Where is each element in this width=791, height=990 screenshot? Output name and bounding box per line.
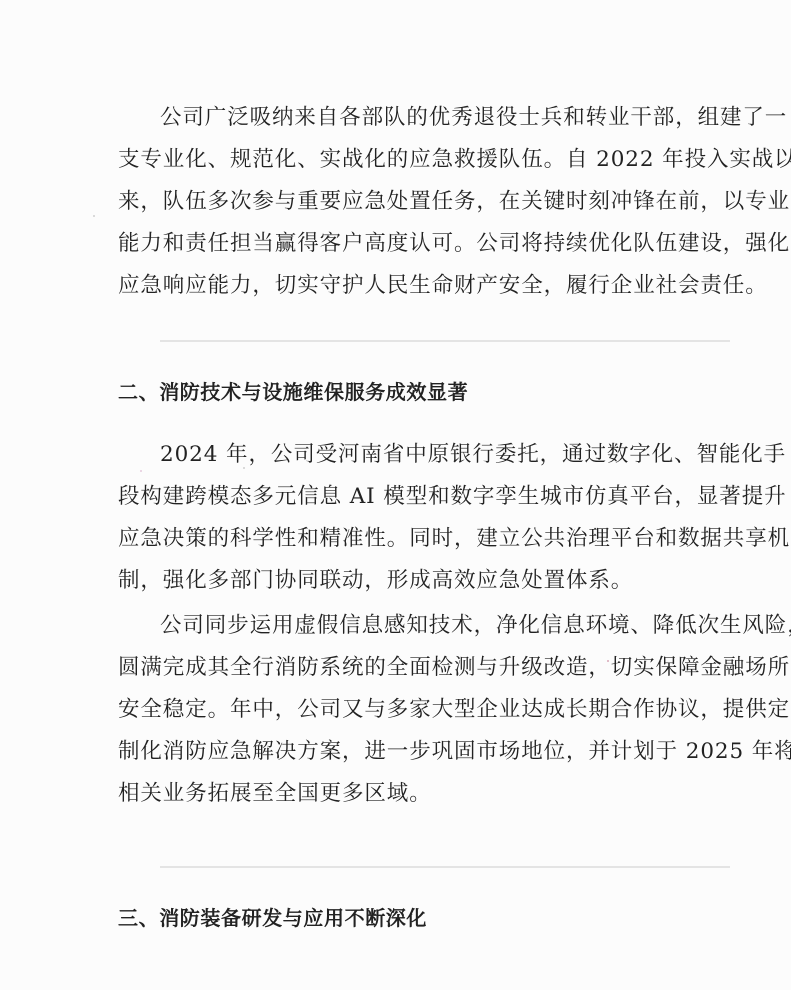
text-line: 段构建跨模态多元信息 AI 模型和数字孪生城市仿真平台，显著提升 [118,482,698,512]
text-line: 相关业务拓展至全国更多区域。 [118,779,698,809]
text-line: 来，队伍多次参与重要应急处置任务，在关键时刻冲锋在前，以专业 [118,187,698,217]
scan-speck [140,470,142,472]
text-line: 公司同步运用虚假信息感知技术，净化信息环境、降低次生风险， [160,611,740,641]
section-heading-2: 二、消防技术与设施维保服务成效显著 [118,377,468,407]
section-heading-3: 三、消防装备研发与应用不断深化 [118,903,427,933]
text-line: 制，强化多部门协同联动，形成高效应急处置体系。 [118,566,698,596]
text-line: 应急决策的科学性和精准性。同时，建立公共治理平台和数据共享机 [118,524,698,554]
text-line: 安全稳定。年中，公司又与多家大型企业达成长期合作协议，提供定 [118,695,698,725]
text-line: 支专业化、规范化、实战化的应急救援队伍。自 2022 年投入实战以 [118,145,698,175]
text-line: 公司广泛吸纳来自各部队的优秀退役士兵和转业干部，组建了一 [160,103,740,133]
text-line: 制化消防应急解决方案，进一步巩固市场地位，并计划于 2025 年将 [118,737,698,767]
text-line: 能力和责任担当赢得客户高度认可。公司将持续优化队伍建设，强化 [118,229,698,259]
text-line: 应急响应能力，切实守护人民生命财产安全，履行企业社会责任。 [118,271,698,301]
section-divider [160,866,730,868]
text-line: 2024 年，公司受河南省中原银行委托，通过数字化、智能化手 [160,440,740,470]
scan-speck [93,215,95,217]
section-divider [160,340,730,342]
scan-speck [607,660,609,662]
scan-speck [243,467,245,469]
text-line: 圆满完成其全行消防系统的全面检测与升级改造，切实保障金融场所 [118,653,698,683]
document-page: 公司广泛吸纳来自各部队的优秀退役士兵和转业干部，组建了一 支专业化、规范化、实战… [0,0,791,990]
